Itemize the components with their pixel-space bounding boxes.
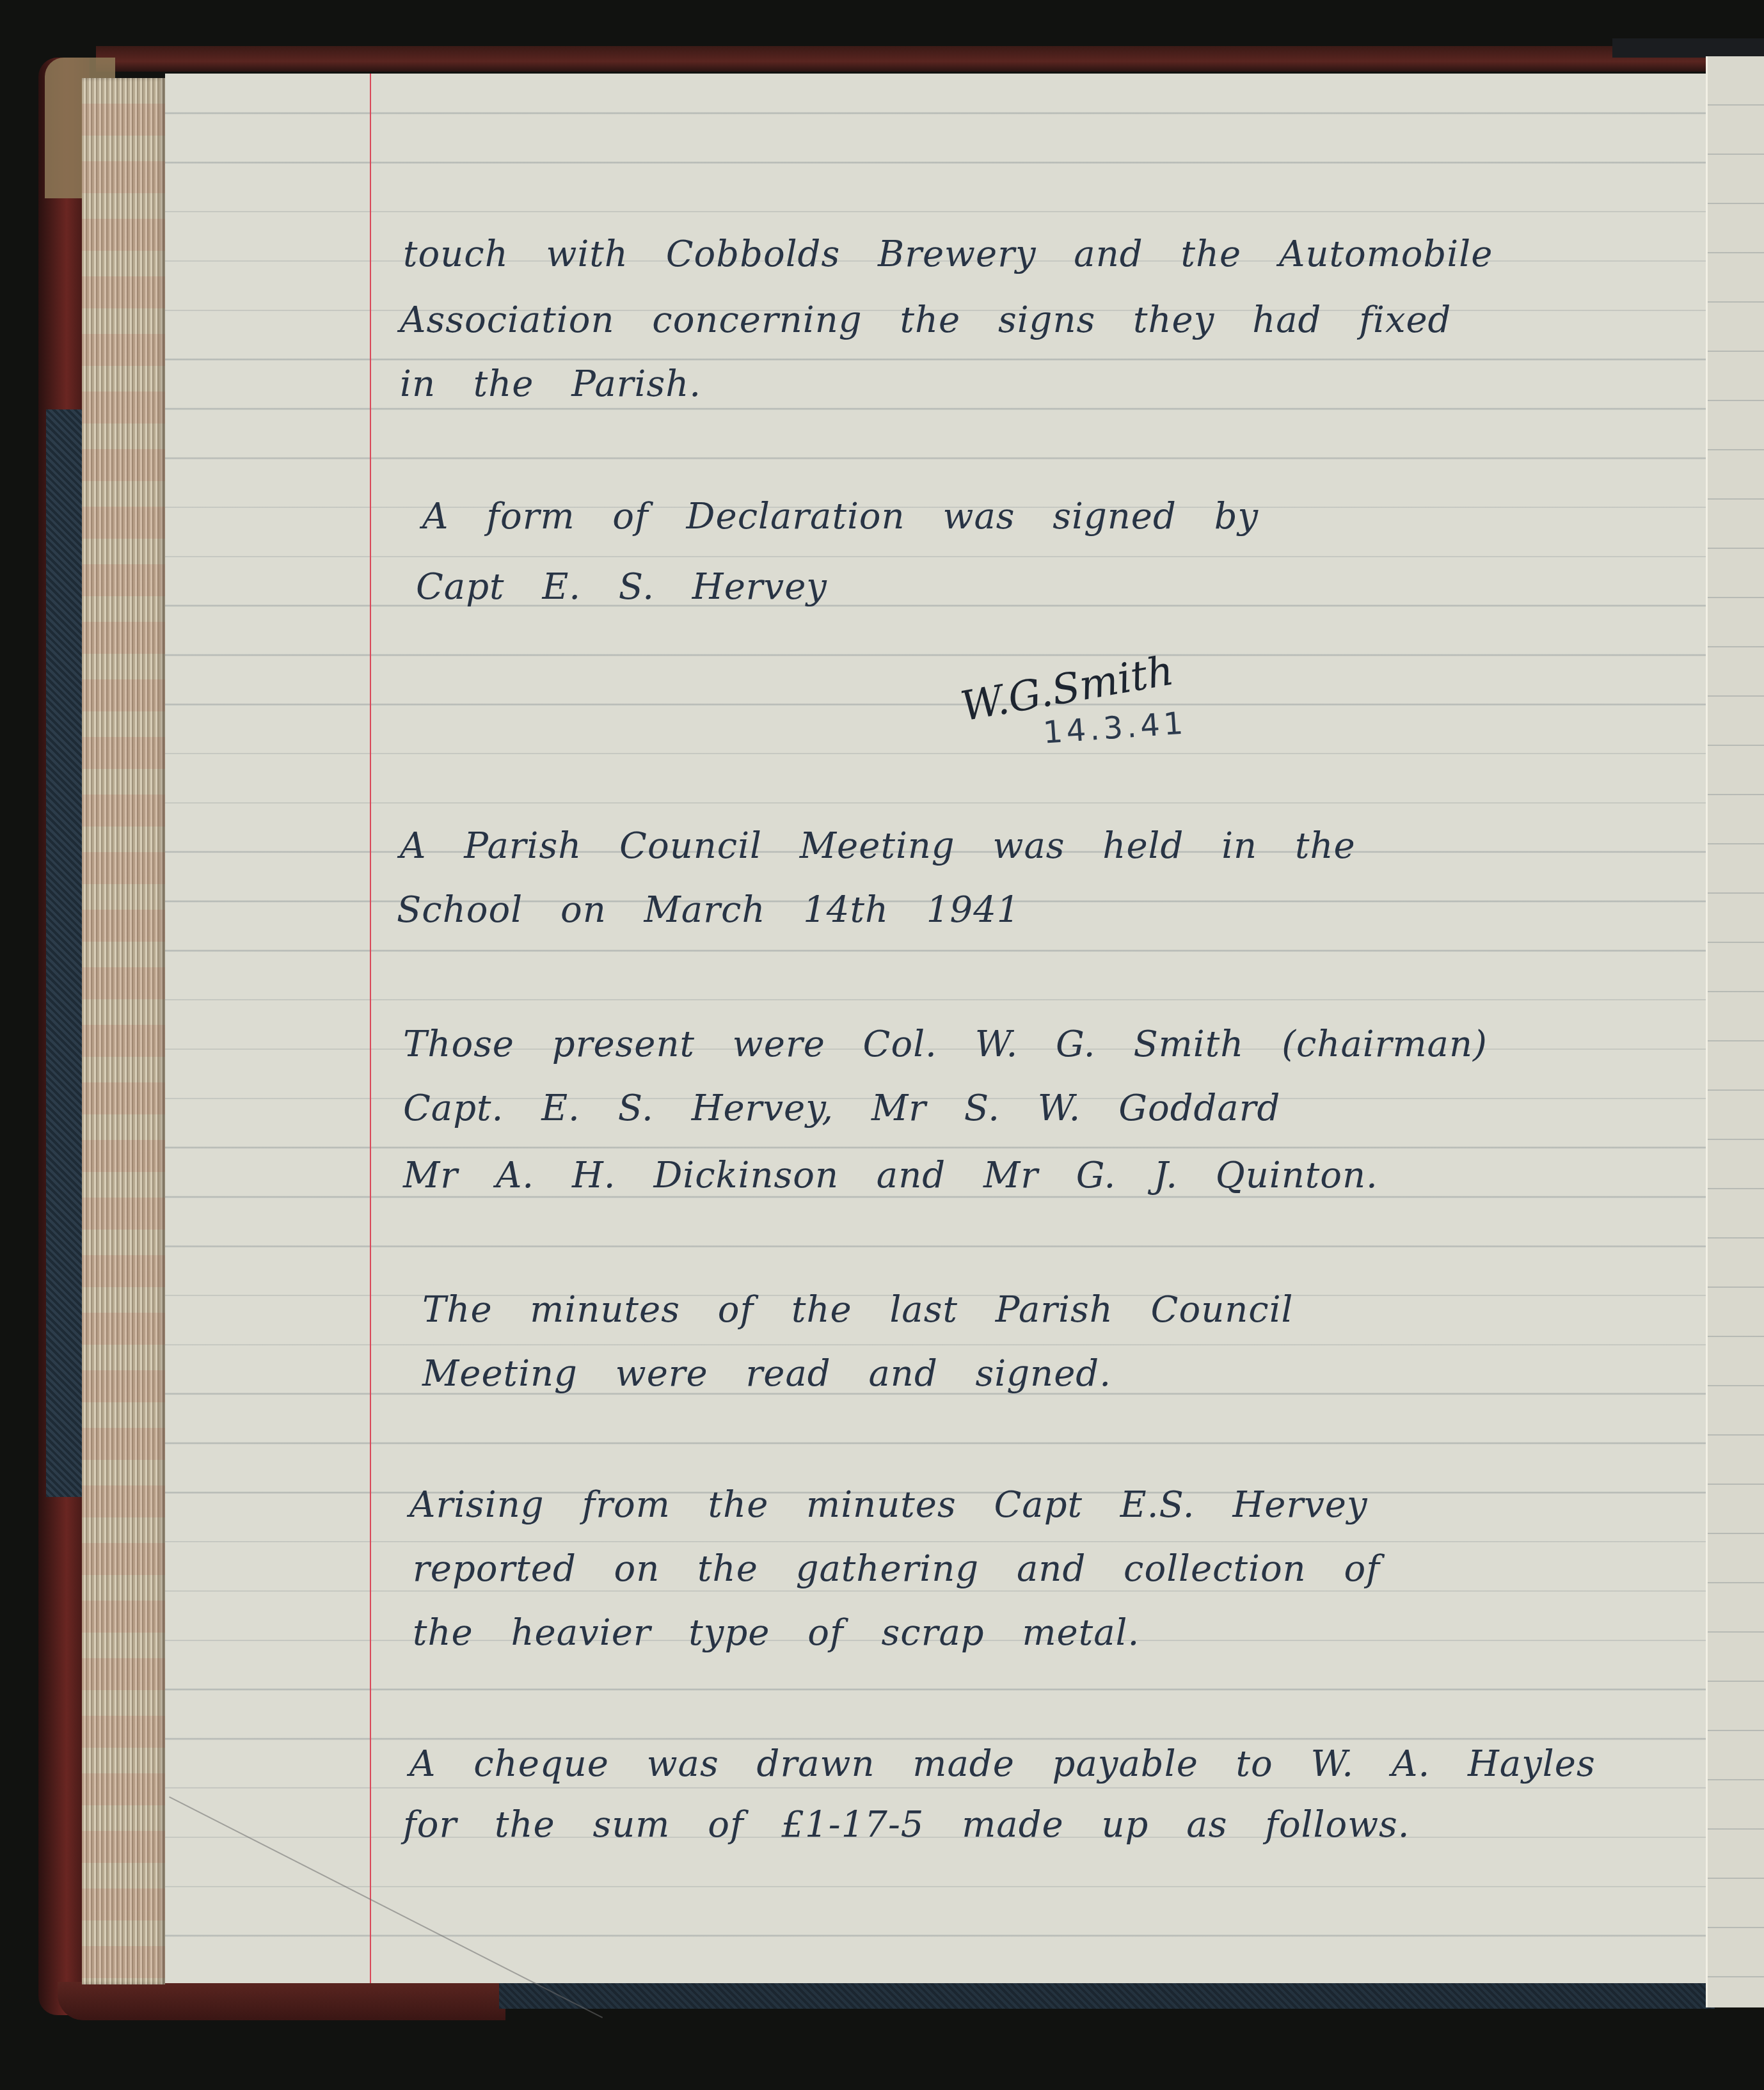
text-line: School on March 14th 1941 xyxy=(397,889,1020,931)
text-line: The minutes of the last Parish Council xyxy=(422,1289,1294,1331)
book-cover-bottom-cloth xyxy=(499,1983,1715,2009)
text-line: A cheque was drawn made payable to W. A.… xyxy=(409,1743,1596,1785)
text-line: A Parish Council Meeting was held in the xyxy=(400,825,1356,867)
text-line: for the sum of £1-17-5 made up as follow… xyxy=(403,1804,1410,1846)
text-line: Arising from the minutes Capt E.S. Herve… xyxy=(409,1484,1368,1526)
text-line: in the Parish. xyxy=(400,363,701,405)
page-edges xyxy=(82,78,165,1984)
text-line: reported on the gathering and collection… xyxy=(413,1548,1380,1590)
book-cover-top xyxy=(96,46,1708,72)
book-cover-left-cloth xyxy=(46,409,84,1497)
text-line: the heavier type of scrap metal. xyxy=(413,1612,1140,1654)
text-line: Those present were Col. W. G. Smith (cha… xyxy=(403,1024,1488,1065)
text-line: Meeting were read and signed. xyxy=(422,1353,1111,1395)
facing-page-edge xyxy=(1706,56,1764,2007)
text-line: Mr A. H. Dickinson and Mr G. J. Quinton. xyxy=(403,1155,1378,1196)
text-line: Capt E. S. Hervey xyxy=(416,566,827,608)
book-cover-top-right xyxy=(1612,38,1764,58)
text-line: Association concerning the signs they ha… xyxy=(400,299,1451,341)
margin-rule xyxy=(370,74,371,1983)
book-cover-bottom xyxy=(58,1982,505,2020)
text-line: touch with Cobbolds Brewery and the Auto… xyxy=(403,234,1493,275)
text-line: A form of Declaration was signed by xyxy=(422,496,1259,537)
text-line: Capt. E. S. Hervey, Mr S. W. Goddard xyxy=(403,1088,1280,1129)
